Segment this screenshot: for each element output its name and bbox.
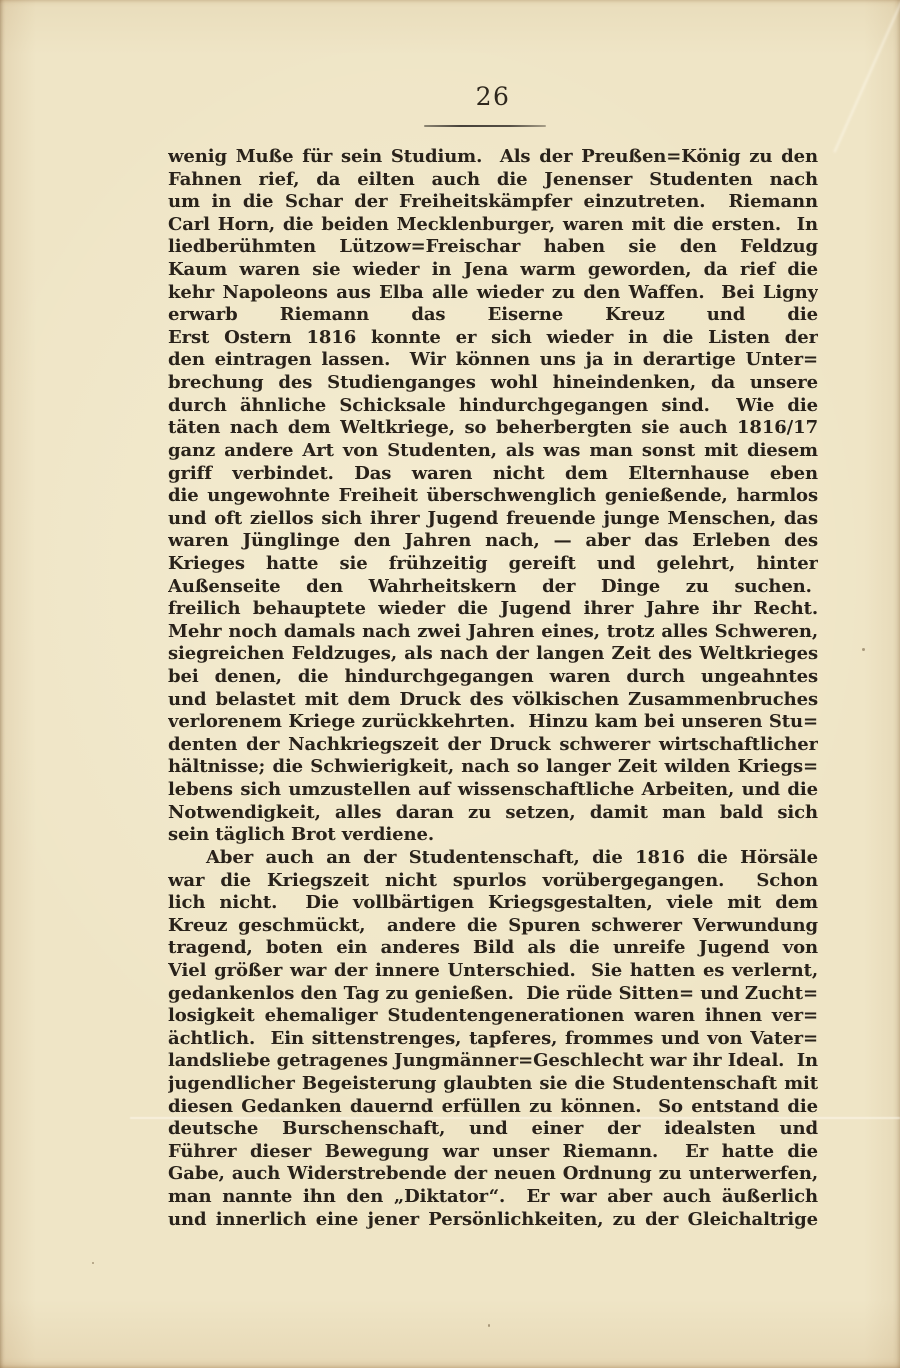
text-line: und oft ziellos sich ihrer Jugend freuen…	[168, 508, 818, 531]
text-line: brechung des Studienganges wohl hineinde…	[168, 372, 818, 395]
page-number-rule	[424, 125, 546, 127]
text-line: lich nicht. Die vollbärtigen Kriegsgesta…	[168, 892, 818, 915]
text-line: durch ähnliche Schicksale hindurchgegang…	[168, 395, 818, 418]
text-line: Außenseite den Wahrheitskern der Dinge z…	[168, 576, 818, 599]
text-line: Mehr noch damals nach zwei Jahren eines,…	[168, 621, 818, 644]
text-line: Kreuz geschmückt, andere die Spuren schw…	[168, 915, 818, 938]
text-line: gedankenlos den Tag zu genießen. Die rüd…	[168, 983, 818, 1006]
paper-crease-horizontal	[130, 1117, 900, 1119]
book-page-scan: 26 wenig Muße für sein Studium. Als der …	[0, 0, 900, 1368]
text-line: und belastet mit dem Druck des völkische…	[168, 689, 818, 712]
paper-speck	[862, 648, 865, 651]
text-line: Fahnen rief, da eilten auch die Jenenser…	[168, 169, 818, 192]
text-line: Aber auch an der Studentenschaft, die 18…	[168, 847, 818, 870]
text-line: Gabe, auch Widerstrebende der neuen Ordn…	[168, 1163, 818, 1186]
text-line: man nannte ihn den „Diktator“. Er war ab…	[168, 1186, 818, 1209]
text-line: Kaum waren sie wieder in Jena warm gewor…	[168, 259, 818, 282]
text-line: Führer dieser Bewegung war unser Riemann…	[168, 1141, 818, 1164]
text-line: waren Jünglinge den Jahren nach, — aber …	[168, 530, 818, 553]
text-line: jugendlicher Begeisterung glaubten sie d…	[168, 1073, 818, 1096]
text-line: verlorenem Kriege zurückkehrten. Hinzu k…	[168, 711, 818, 734]
text-line: täten nach dem Weltkriege, so beherbergt…	[168, 417, 818, 440]
text-line: siegreichen Feldzuges, als nach der lang…	[168, 643, 818, 666]
text-line: den eintragen lassen. Wir können uns ja …	[168, 349, 818, 372]
text-line: landsliebe getragenes Jungmänner=Geschle…	[168, 1050, 818, 1073]
text-line: um in die Schar der Freiheitskämpfer ein…	[168, 191, 818, 214]
text-line: ganz andere Art von Studenten, als was m…	[168, 440, 818, 463]
text-line: lebens sich umzustellen auf wissenschaft…	[168, 779, 818, 802]
paper-speck	[488, 1324, 490, 1327]
text-line: Viel größer war der innere Unterschied. …	[168, 960, 818, 983]
text-line: denten der Nachkriegszeit der Druck schw…	[168, 734, 818, 757]
paper-crease-diagonal	[833, 0, 900, 153]
text-line: Erst Ostern 1816 konnte er sich wieder i…	[168, 327, 818, 350]
text-line: Krieges hatte sie frühzeitig gereift und…	[168, 553, 818, 576]
text-line: Notwendigkeit, alles daran zu setzen, da…	[168, 802, 818, 825]
text-line: diesen Gedanken dauernd erfüllen zu könn…	[168, 1096, 818, 1119]
text-line: war die Kriegszeit nicht spurlos vorüber…	[168, 870, 818, 893]
text-line: hältnisse; die Schwierigkeit, nach so la…	[168, 756, 818, 779]
text-line: deutsche Burschenschaft, und einer der i…	[168, 1118, 818, 1141]
text-line: ächtlich. Ein sittenstrenges, tapferes, …	[168, 1028, 818, 1051]
text-line: tragend, boten ein anderes Bild als die …	[168, 937, 818, 960]
text-line: wenig Muße für sein Studium. Als der Pre…	[168, 146, 818, 169]
text-line: sein täglich Brot verdiene.	[168, 824, 818, 847]
page-number: 26	[168, 82, 818, 111]
paper-speck	[92, 1262, 94, 1264]
text-line: liedberühmten Lützow=Freischar haben sie…	[168, 236, 818, 259]
text-line: und innerlich eine jener Persönlichkeite…	[168, 1209, 818, 1232]
text-line: bei denen, die hindurchgegangen waren du…	[168, 666, 818, 689]
text-line: die ungewohnte Freiheit überschwenglich …	[168, 485, 818, 508]
text-line: freilich behauptete wieder die Jugend ih…	[168, 598, 818, 621]
text-line: losigkeit ehemaliger Studentengeneration…	[168, 1005, 818, 1028]
text-line: Carl Horn, die beiden Mecklenburger, war…	[168, 214, 818, 237]
text-line: erwarb Riemann das Eiserne Kreuz und die…	[168, 304, 818, 327]
text-line: griff verbindet. Das waren nicht dem Elt…	[168, 463, 818, 486]
text-block: wenig Muße für sein Studium. Als der Pre…	[168, 146, 818, 1231]
text-line: kehr Napoleons aus Elba alle wieder zu d…	[168, 282, 818, 305]
